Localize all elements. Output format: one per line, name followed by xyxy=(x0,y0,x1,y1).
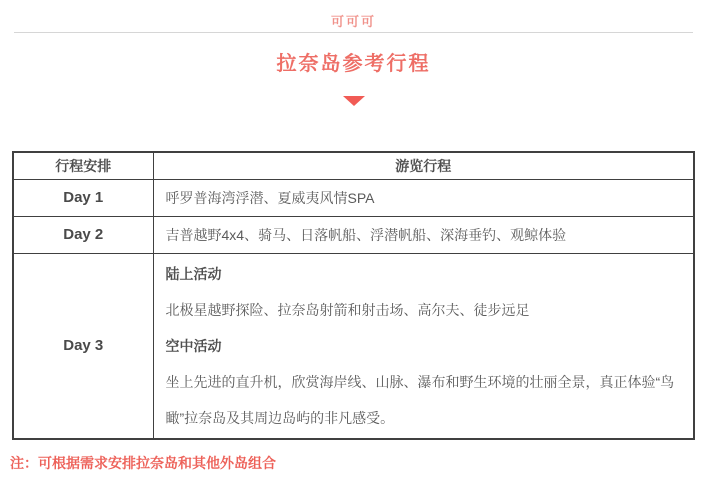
article-page: 可可可 拉奈岛参考行程 行程安排 游览行程 Day 1 呼罗普海湾浮潜、夏威夷风… xyxy=(0,0,707,480)
horizontal-divider xyxy=(14,32,693,33)
down-triangle-icon xyxy=(343,96,365,106)
activity-section-heading: 空中活动 xyxy=(166,328,682,364)
footnote: 注：可根据需求安排拉奈岛和其他外岛组合 xyxy=(10,453,707,473)
day-label: Day 2 xyxy=(13,216,153,253)
itinerary-text: 呼罗普海湾浮潜、夏威夷风情SPA xyxy=(166,180,682,216)
itinerary-table: 行程安排 游览行程 Day 1 呼罗普海湾浮潜、夏威夷风情SPA Day 2 吉… xyxy=(12,151,695,440)
day-label: Day 3 xyxy=(13,253,153,439)
itinerary-text: 北极星越野探险、拉奈岛射箭和射击场、高尔夫、徒步远足 xyxy=(166,292,682,328)
itinerary-text: 坐上先进的直升机，欣赏海岸线、山脉、瀑布和野生环境的壮丽全景，真正体验“鸟瞰”拉… xyxy=(166,364,682,436)
itinerary-text: 吉普越野4x4、骑马、日落帆船、浮潜帆船、深海垂钓、观鲸体验 xyxy=(166,217,682,253)
table-row: Day 3 陆上活动 北极星越野探险、拉奈岛射箭和射击场、高尔夫、徒步远足 空中… xyxy=(13,253,694,439)
table-row: Day 2 吉普越野4x4、骑马、日落帆船、浮潜帆船、深海垂钓、观鲸体验 xyxy=(13,216,694,253)
activity-section-heading: 陆上活动 xyxy=(166,256,682,292)
column-header-schedule: 行程安排 xyxy=(13,152,153,179)
day-label: Day 1 xyxy=(13,179,153,216)
table-row: Day 1 呼罗普海湾浮潜、夏威夷风情SPA xyxy=(13,179,694,216)
top-decoration-glyphs: 可可可 xyxy=(0,0,707,32)
column-header-tour: 游览行程 xyxy=(153,152,694,179)
day-description-cell: 呼罗普海湾浮潜、夏威夷风情SPA xyxy=(153,179,694,216)
table-header-row: 行程安排 游览行程 xyxy=(13,152,694,179)
page-title: 拉奈岛参考行程 xyxy=(0,52,707,76)
day-description-cell: 陆上活动 北极星越野探险、拉奈岛射箭和射击场、高尔夫、徒步远足 空中活动 坐上先… xyxy=(153,253,694,439)
day-description-cell: 吉普越野4x4、骑马、日落帆船、浮潜帆船、深海垂钓、观鲸体验 xyxy=(153,216,694,253)
